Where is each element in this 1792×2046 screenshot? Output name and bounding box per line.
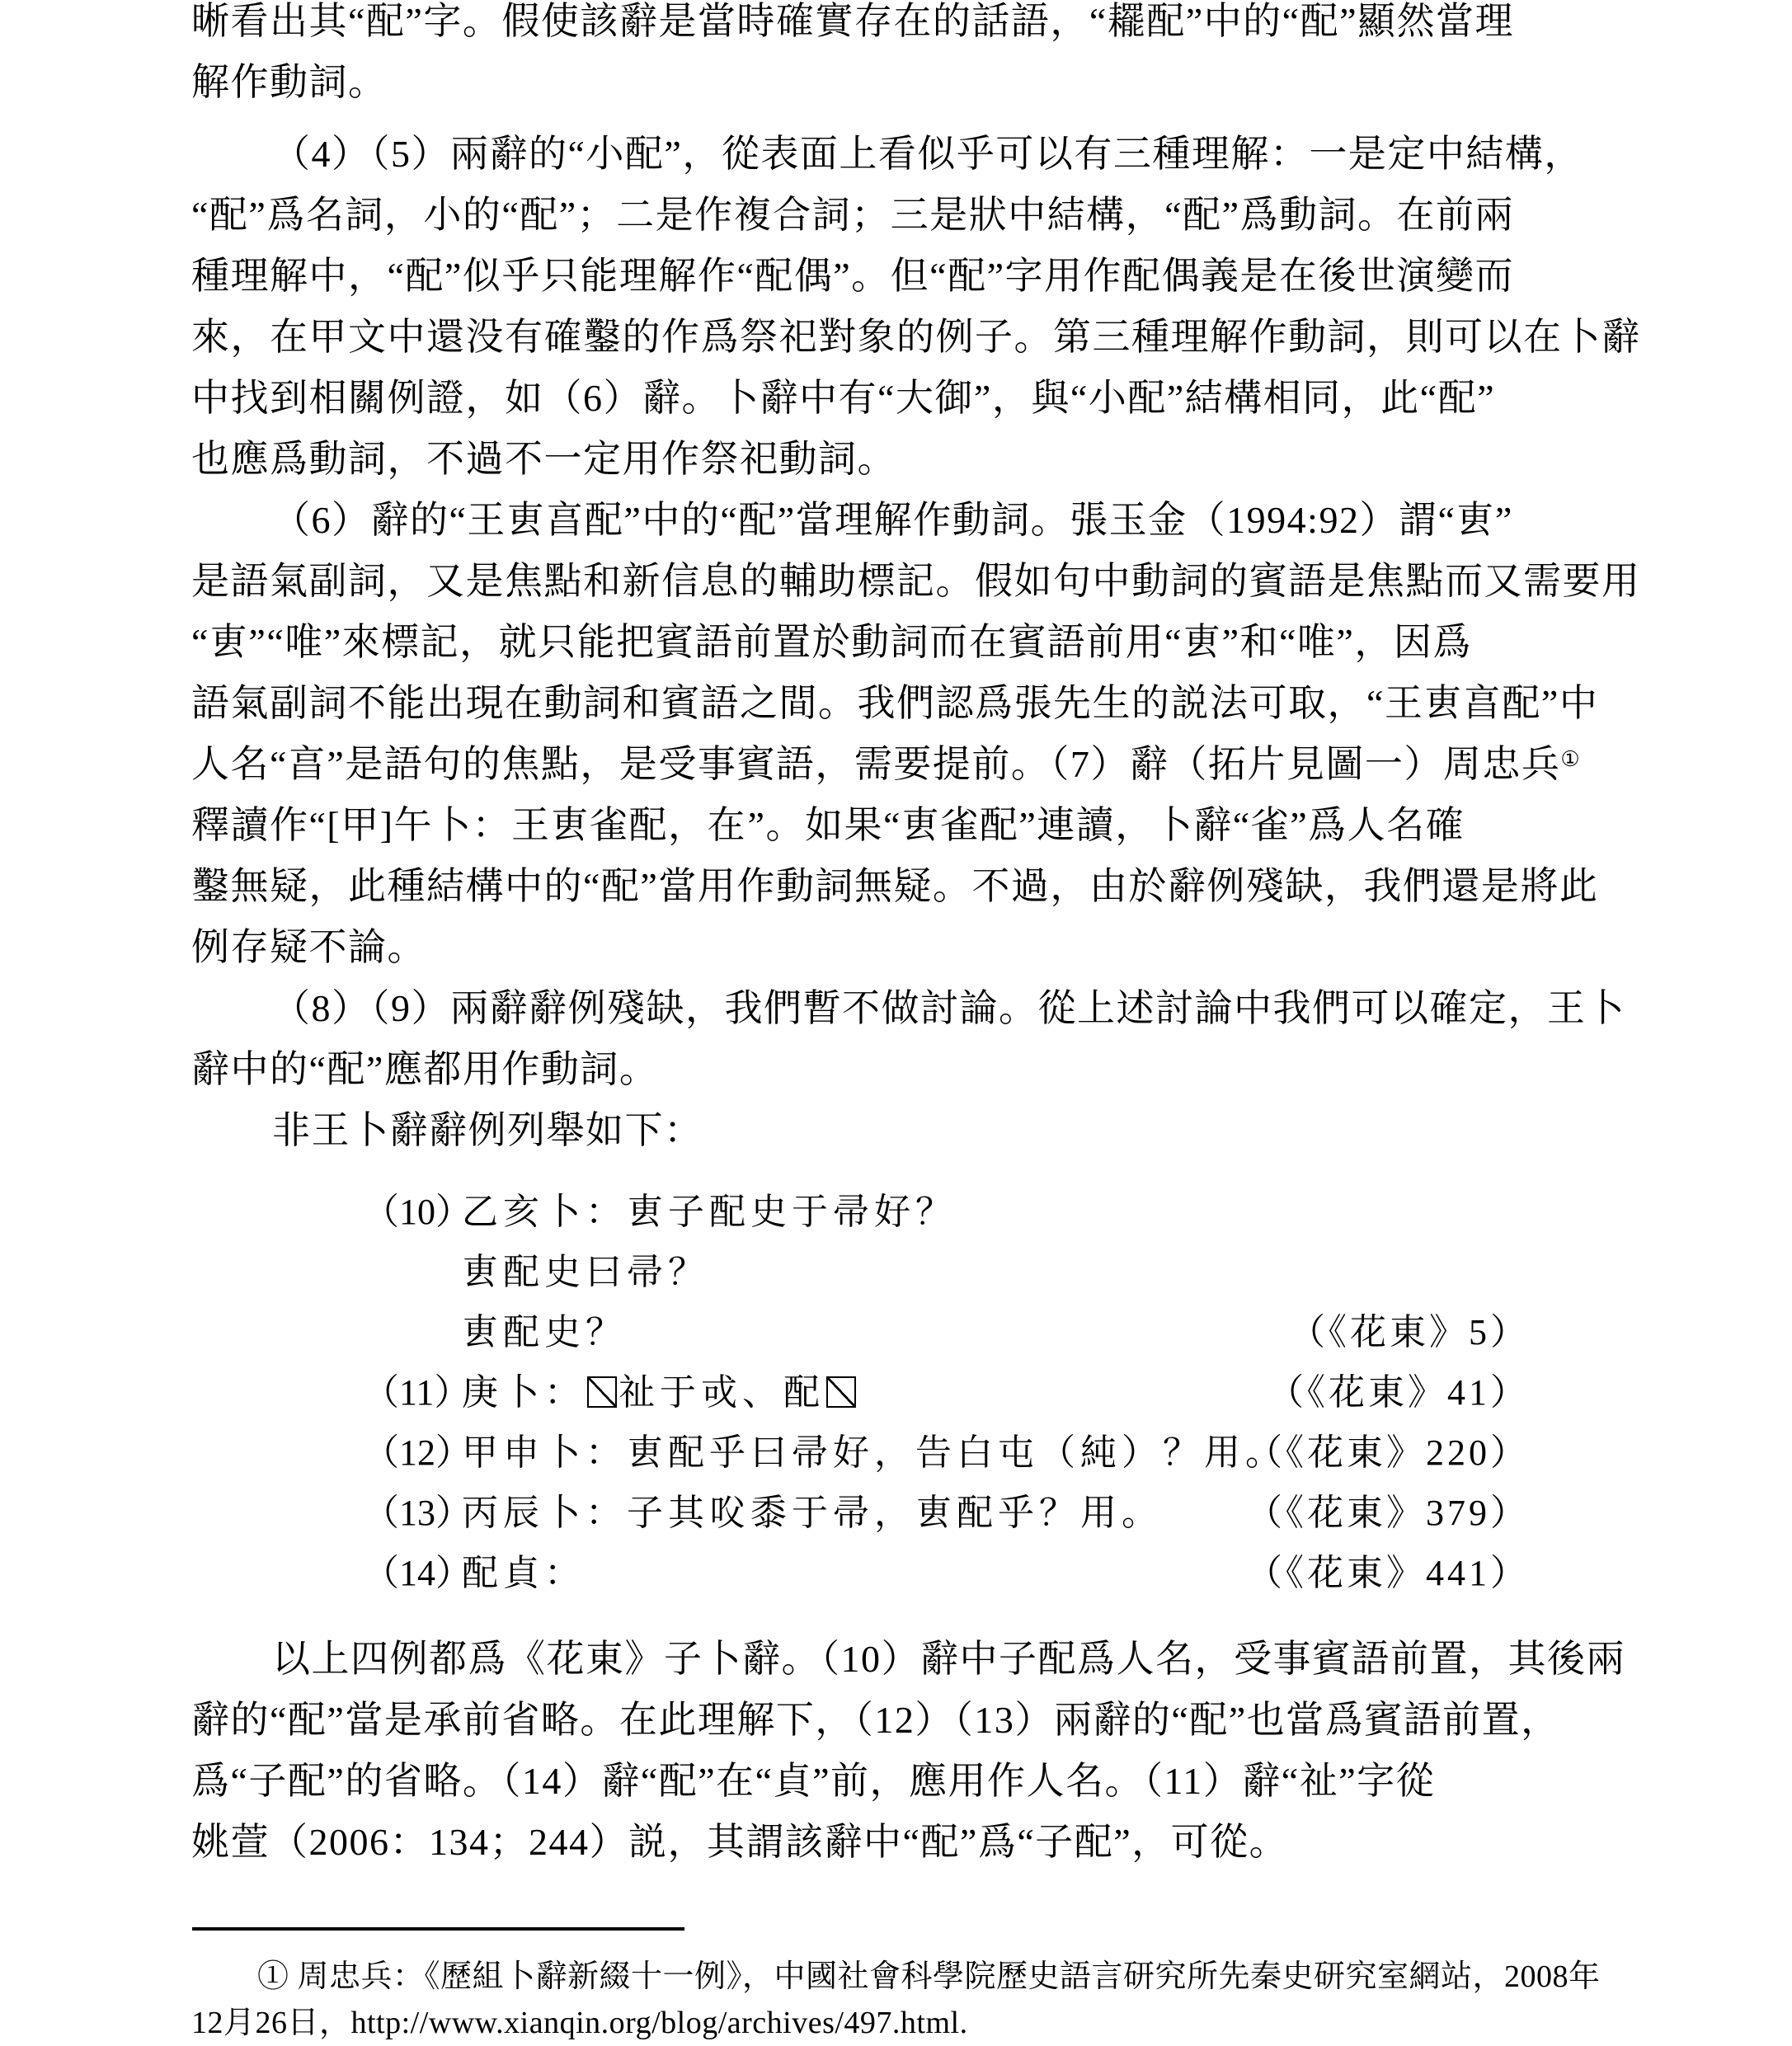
body-line: 例存疑不論。 xyxy=(191,923,1593,972)
body-line: 晰看出其“配”字。假使該辭是當時確實存在的話語，“䎱配”中的“配”顯然當理 xyxy=(191,0,1593,46)
document-page: 晰看出其“配”字。假使該辭是當時確實存在的話語，“䎱配”中的“配”顯然當理 解作… xyxy=(0,0,1792,2046)
missing-character-icon xyxy=(826,1376,856,1408)
example-number: （12） xyxy=(363,1428,472,1478)
body-line: 是語氣副詞，又是焦點和新信息的輔助標記。假如句中動詞的賓語是焦點而又需要用 xyxy=(191,557,1593,606)
example-text-part: 庚卜： xyxy=(462,1372,586,1413)
example-citation: （《花東》379） xyxy=(1246,1489,1530,1538)
example-number: （14） xyxy=(363,1549,472,1598)
example-citation: （《花東》220） xyxy=(1246,1428,1530,1478)
footnote-text-url-line[interactable]: 12月26日，http://www.xianqin.org/blog/archi… xyxy=(191,2002,968,2044)
body-line: 人名“亯”是語句的焦點，是受事賓語，需要提前。（7）辭（拓片見圖一）周忠兵① xyxy=(191,740,1593,789)
body-line: 種理解中，“配”似乎只能理解作“配偶”。但“配”字用作配偶義是在後世演變而 xyxy=(191,252,1593,301)
example-text-part: 祉于戓、配 xyxy=(618,1372,825,1413)
body-line: 釋讀作“[甲]午卜：王叀雀配，在𦅩”。如果“叀雀配”連讀，卜辭“雀”爲人名確 xyxy=(191,801,1593,850)
body-line: “叀”“唯”來標記，就只能把賓語前置於動詞而在賓語前用“叀”和“唯”，因爲 xyxy=(191,618,1593,667)
example-text: 丙辰卜：子其㕮黍于帚，叀配乎？用。 xyxy=(462,1489,1163,1538)
paragraph-start-line: （4）（5）兩辭的“小配”，從表面上看似乎可以有三種理解：一是定中結構， xyxy=(272,129,1674,179)
body-line: 辭的“配”當是承前省略。在此理解下，（12）（13）兩辭的“配”也當爲賓語前置， xyxy=(191,1696,1593,1745)
example-citation: （《花東》41） xyxy=(1268,1368,1530,1418)
body-line: “配”爲名詞，小的“配”；二是作複合詞；三是狀中結構，“配”爲動詞。在前兩 xyxy=(191,190,1593,240)
paragraph-start-line: （6）辭的“王叀亯配”中的“配”當理解作動詞。張玉金（1994:92）謂“叀” xyxy=(272,496,1674,545)
paragraph-start-line: 以上四例都爲《花東》子卜辭。（10）辭中子配爲人名，受事賓語前置，其後兩 xyxy=(272,1634,1674,1684)
paragraph-start-line: （8）（9）兩辭辭例殘缺，我們暫不做討論。從上述討論中我們可以確定，王卜 xyxy=(272,984,1674,1033)
body-line: 解作動詞。 xyxy=(191,58,1593,107)
example-number: （13） xyxy=(363,1489,472,1538)
body-line: 中找到相關例證，如（6）辭。卜辭中有“大御”，與“小配”結構相同，此“配” xyxy=(191,374,1593,423)
example-text: 叀配史曰帚？ xyxy=(462,1248,709,1297)
example-text: 庚卜：祉于戓、配 xyxy=(462,1368,858,1418)
example-text: 乙亥卜：叀子配史于帚好？ xyxy=(462,1188,957,1237)
body-line: 也應爲動詞，不過不一定用作祭祀動詞。 xyxy=(191,435,1593,484)
body-line: 辭中的“配”應都用作動詞。 xyxy=(191,1045,1593,1094)
footnote-reference-link[interactable]: ① xyxy=(1560,747,1581,771)
example-citation: （《花東》441） xyxy=(1246,1549,1530,1598)
example-text: 甲申卜：叀配乎曰帚好，告白屯（純）？用。 xyxy=(462,1428,1286,1478)
body-line: 語氣副詞不能出現在動詞和賓語之間。我們認爲張先生的説法可取，“王叀亯配”中 xyxy=(191,679,1593,728)
example-number: （11） xyxy=(363,1368,470,1418)
missing-character-icon xyxy=(587,1376,617,1408)
body-line: 來，在甲文中還没有確鑿的作爲祭祀對象的例子。第三種理解作動詞，則可以在卜辭 xyxy=(191,313,1593,362)
footnote-text: ① 周忠兵：《歷組卜辭新綴十一例》，中國社會科學院歷史語言研究所先秦史研究室網站… xyxy=(257,1956,1601,1997)
example-text: 叀配史？ xyxy=(462,1308,627,1357)
body-line: 姚萱（2006：134；244）説，其謂該辭中“配”爲“子配”，可從。 xyxy=(191,1818,1593,1867)
body-line: 爲“子配”的省略。（14）辭“配”在“貞”前，應用作人名。（11）辭“祉”字從 xyxy=(191,1757,1593,1806)
example-text: 配貞： xyxy=(462,1549,586,1598)
footnote-separator xyxy=(192,1927,684,1931)
paragraph-start-line: 非王卜辭辭例列舉如下： xyxy=(272,1106,1674,1155)
body-line: 鑿無疑，此種結構中的“配”當用作動詞無疑。不過，由於辭例殘缺，我們還是將此 xyxy=(191,862,1593,911)
example-citation: （《花東》5） xyxy=(1289,1308,1530,1357)
body-text: 人名“亯”是語句的焦點，是受事賓語，需要提前。（7）辭（拓片見圖一）周忠兵 xyxy=(191,743,1560,785)
example-number: （10） xyxy=(363,1188,472,1237)
